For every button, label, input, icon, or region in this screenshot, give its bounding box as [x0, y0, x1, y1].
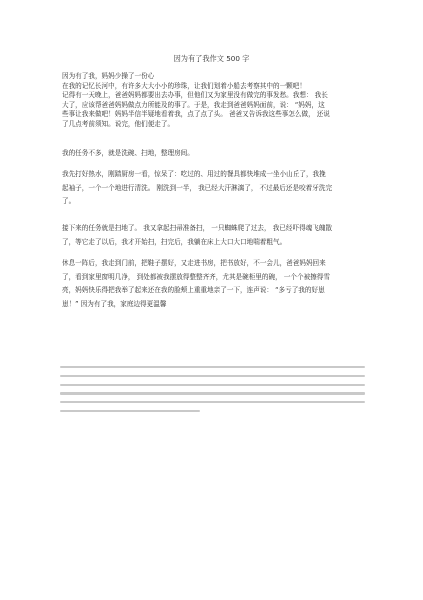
text-line: 我先打好热水，刚踏厨房一看，惊呆了：吃过的、用过的餐具都快堆成一坐小山丘了，我挽: [62, 168, 362, 182]
text-line: 了几点考前须知。说完，他们便走了。: [62, 120, 362, 130]
text-line: 休息一阵后，我走到门前，把鞋子摆好，又走进书房，把书放好，不一会儿，爸爸妈妈回来: [62, 257, 362, 271]
text-line: 在我的记忆长河中，有许多大大小小的珍珠，让我们划着小船去考察其中的一颗吧！: [62, 82, 362, 92]
document-title: 因为有了我作文 500 字: [0, 54, 423, 64]
paragraph-sweeping: 接下来的任务就是扫地了。 我又拿起扫帚准备扫， 一只蜘蛛爬了过去， 我已经吓得魂…: [62, 222, 362, 249]
text-line: 起袖子，一个一个地进行清洗。 刚洗到一半， 我已经大汗淋漓了， 不过最后还是咬着…: [62, 182, 362, 196]
fine-print-block: [60, 366, 365, 419]
text-line: 因为有了我，妈妈少操了一份心: [62, 72, 362, 82]
fine-print-line: [60, 401, 365, 403]
text-line: 了，看到家里窗明几净， 到处都被我摆放得整整齐齐，尤其是碗柜里的碗， 一个个被擦…: [62, 271, 362, 285]
text-line: 些事让我来做吧！妈妈半信半疑地看着我，点了点了头。 爸爸又告诉我这些事怎么做， …: [62, 110, 362, 120]
fine-print-line: [60, 384, 365, 386]
text-line: 崽！” 因为有了我，家庭边得更温馨: [62, 298, 362, 312]
text-line: 大了，应该帮爸爸妈妈做点力所能及的事了。于是，我走到爸爸妈妈面前，说： “妈妈，…: [62, 101, 362, 111]
text-line: 了，等它走了以后，我才开始扫，扫完后，我躺在床上大口大口地喘着粗气。: [62, 236, 362, 250]
text-line: 我的任务不多，就是洗碗、扫地，整理房间。: [62, 149, 362, 159]
paragraph-conclusion: 休息一阵后，我走到门前，把鞋子摆好，又走进书房，把书放好，不一会儿，爸爸妈妈回来…: [62, 257, 362, 311]
paragraph-dishes: 我先打好热水，刚踏厨房一看，惊呆了：吃过的、用过的餐具都快堆成一坐小山丘了，我挽…: [62, 168, 362, 209]
text-line: 记得有一天晚上，爸爸妈妈都要出去办事，但他们又为家里没有做完的事发愁。我想： 我…: [62, 91, 362, 101]
paragraph-tasks: 我的任务不多，就是洗碗、扫地，整理房间。: [62, 149, 362, 159]
intro-paragraph: 因为有了我，妈妈少操了一份心 在我的记忆长河中，有许多大大小小的珍珠，让我们划着…: [62, 72, 362, 130]
document-page: 因为有了我作文 500 字 因为有了我，妈妈少操了一份心 在我的记忆长河中，有许…: [0, 0, 423, 600]
text-line: 接下来的任务就是扫地了。 我又拿起扫帚准备扫， 一只蜘蛛爬了过去， 我已经吓得魂…: [62, 222, 362, 236]
fine-print-line: [60, 366, 365, 368]
fine-print-line: [60, 392, 365, 394]
fine-print-line: [60, 375, 365, 377]
fine-print-line: [60, 410, 200, 412]
text-line: 了。: [62, 195, 362, 209]
text-line: 亮，妈妈快乐得把我举了起来还在我的脸颊上重重地亲了一下，连声说： “多亏了我的好…: [62, 284, 362, 298]
